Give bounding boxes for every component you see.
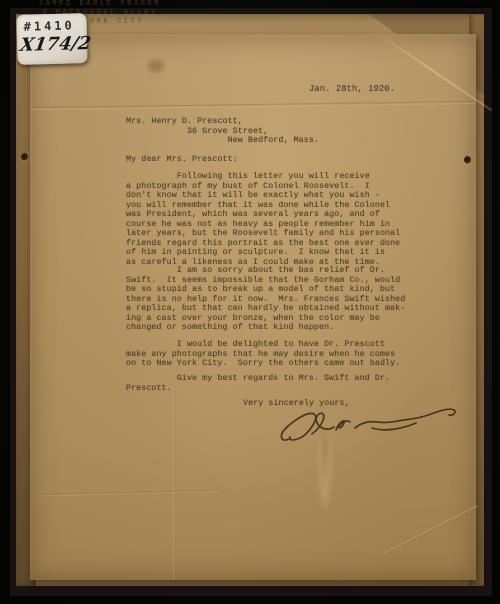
salutation: My dear Mrs. Prescott:	[126, 155, 238, 165]
handwritten-code: X174/2	[19, 33, 89, 56]
photograph-of-framed-letter: JAMES EARLE FRASER 3 MACDOUGAL ALLEY NEW…	[0, 0, 500, 604]
paragraph-3: I would be delighted to have Dr. Prescot…	[126, 340, 400, 369]
recipient-address: Mrs. Henry D. Prescott, 36 Grove Street,…	[126, 117, 319, 146]
catalog-number: #1410	[23, 18, 86, 34]
paragraph-2: I am so sorry about the bas relief of Dr…	[126, 266, 405, 333]
letter-date: Jan. 28th, 1920.	[309, 85, 395, 95]
mounting-hole-right	[464, 156, 471, 164]
letter-text-layer: JAMES EARLE FRASER 3 MACDOUGAL ALLEY NEW…	[0, 0, 500, 604]
paragraph-1: Following this letter you will receive a…	[126, 172, 400, 267]
inventory-label: #1410 X174/2	[16, 13, 87, 65]
mounting-hole-left	[21, 153, 28, 161]
paragraph-4: Give my best regards to Mrs. Swift and D…	[126, 374, 390, 393]
letterhead-name: JAMES EARLE FRASER	[0, 0, 200, 9]
signature-handwritten	[276, 404, 461, 452]
